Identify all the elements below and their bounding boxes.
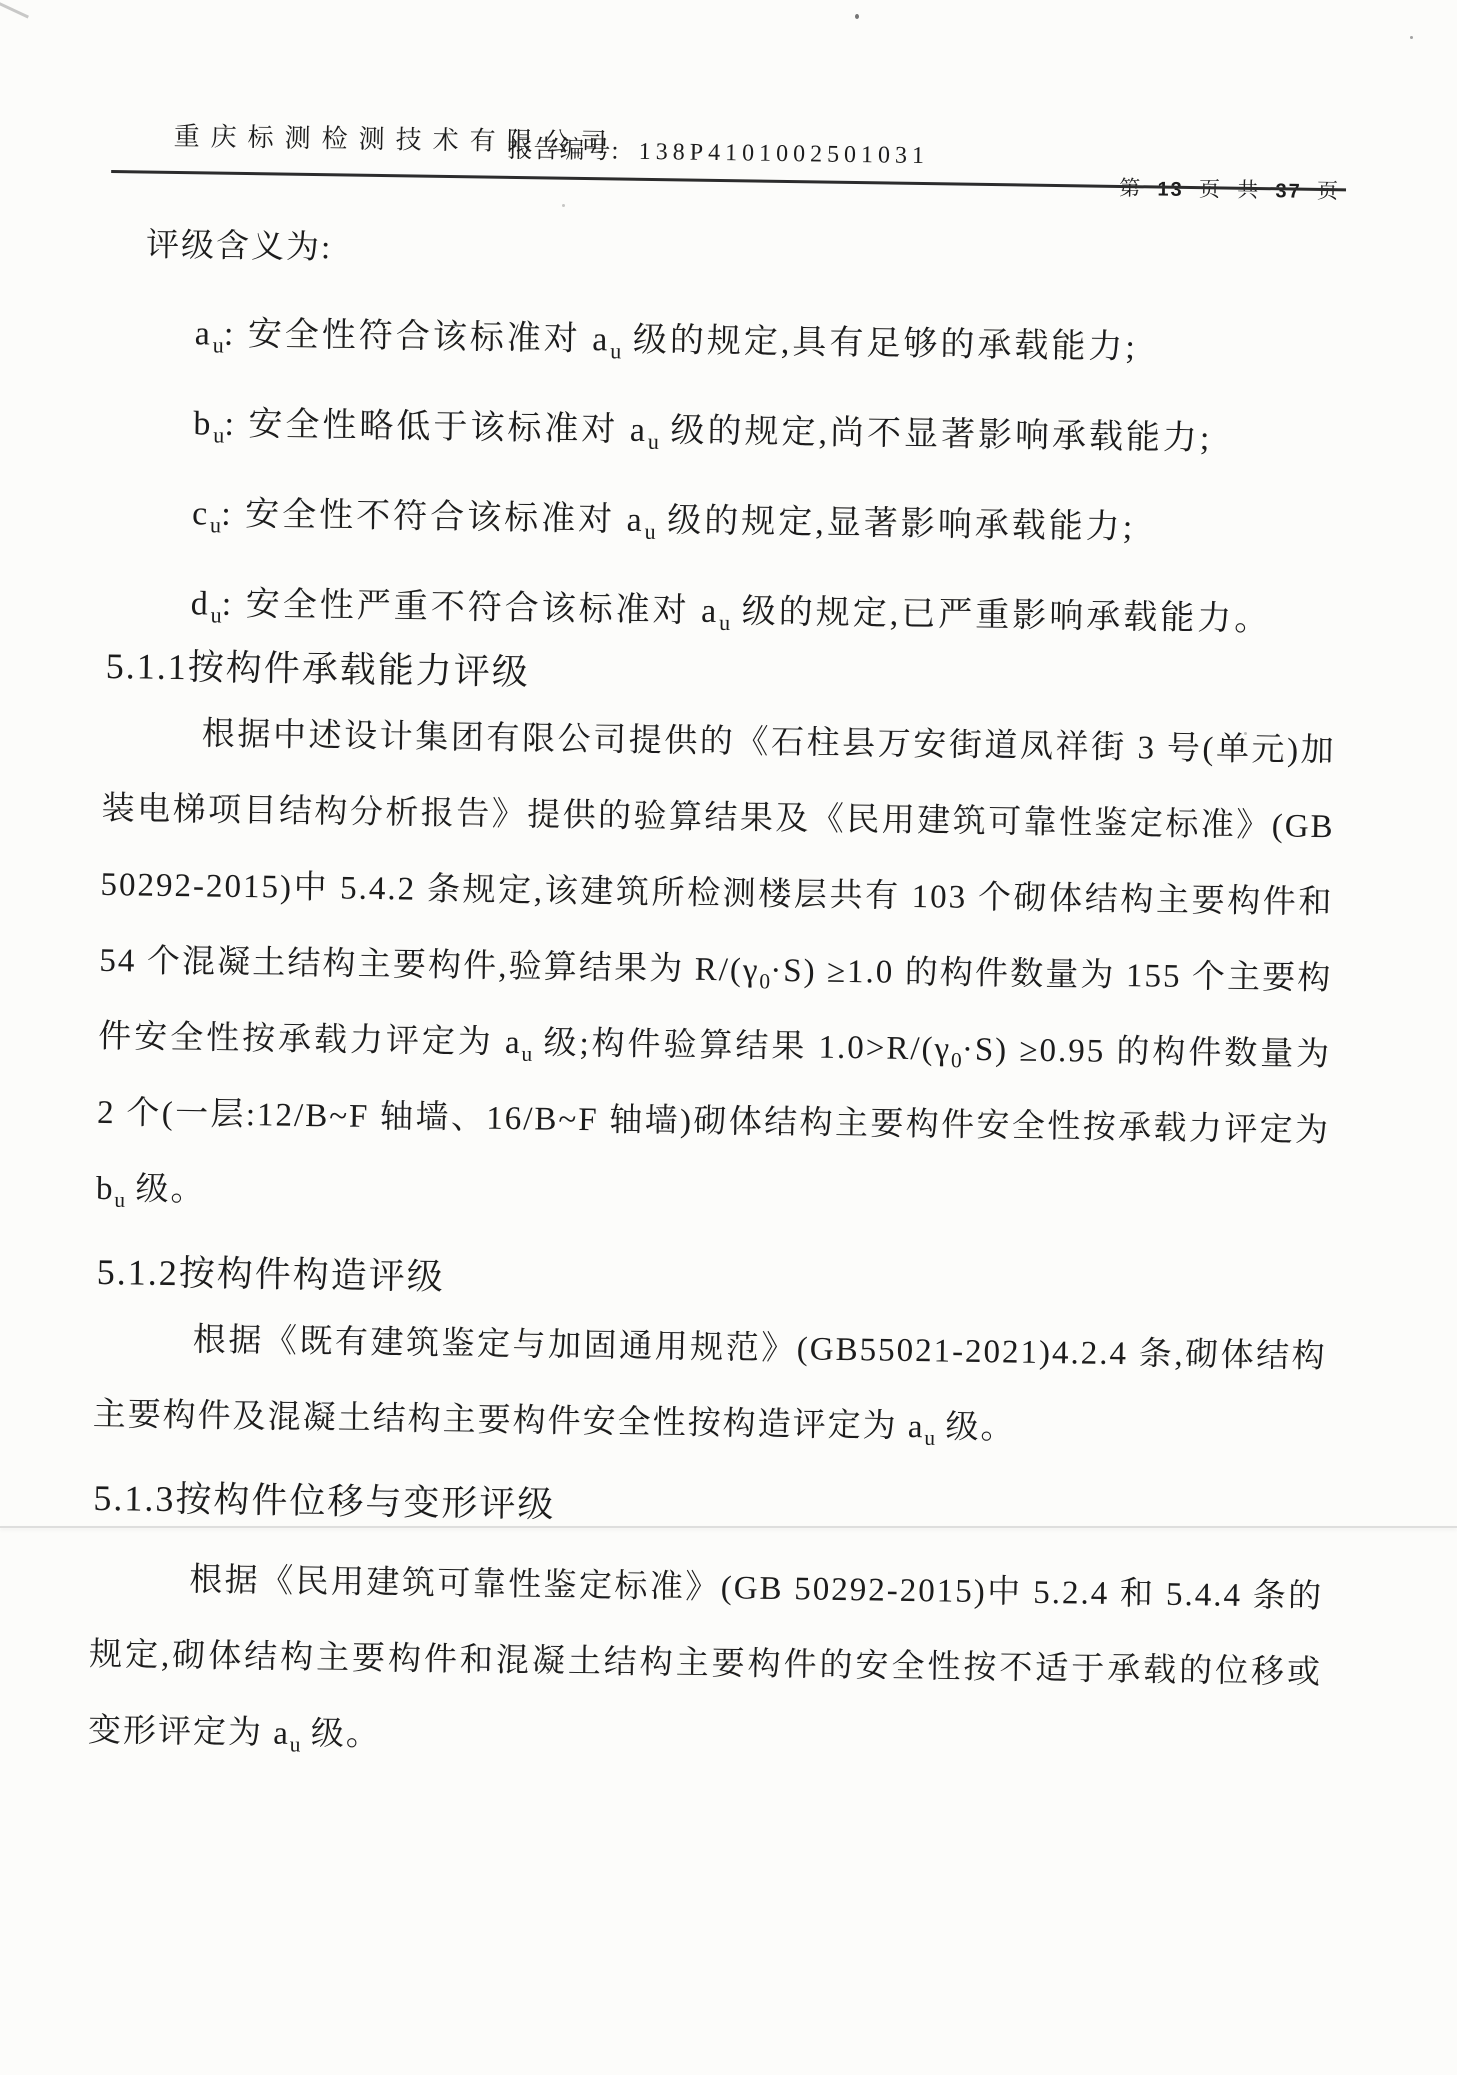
text-segment: : 安全性严重不符合该标准对 a — [222, 586, 720, 630]
text-segment: 级的规定,显著影响承载能力; — [656, 502, 1136, 546]
text-segment: : 安全性不符合该标准对 a — [221, 496, 645, 539]
rating-line-bu: bu: 安全性略低于该标准对 au 级的规定,尚不显著影响承载能力; — [193, 404, 1340, 461]
subscript-text: u — [644, 519, 655, 544]
subscript-text: u — [210, 602, 221, 627]
text-segment: 根据中述设计集团有限公司提供的《石柱县万安街道凤祥街 3 号(单元)加装电梯项目… — [99, 716, 1336, 988]
subscript-text: u — [210, 512, 221, 537]
text-segment: 根据《既有建筑鉴定与加固通用规范》(GB55021-2021)4.2.4 条,砌… — [92, 1322, 1327, 1445]
report-number-value: 138P4101002501031 — [639, 139, 930, 169]
scan-speck — [1410, 36, 1413, 39]
intro-line: 评级含义为: — [146, 226, 1343, 284]
text-segment: a — [194, 315, 213, 352]
subscript-text: u — [648, 429, 659, 454]
text-segment: : 安全性符合该标准对 a — [224, 316, 611, 359]
scanned-report-page: 重庆标测检测技术有限公司 报告编号: 138P4101002501031 第 1… — [0, 0, 1457, 2075]
subscript-text: u — [719, 610, 730, 635]
text-segment: c — [192, 495, 211, 532]
text-segment: 级。 — [125, 1171, 206, 1208]
subscript-text: u — [610, 338, 621, 363]
section-paragraph-5-1-1: 根据中述设计集团有限公司提供的《石柱县万安街道凤祥街 3 号(单元)加装电梯项目… — [96, 695, 1337, 1245]
section-paragraph-5-1-2: 根据《既有建筑鉴定与加固通用规范》(GB55021-2021)4.2.4 条,砌… — [92, 1301, 1327, 1471]
section-heading-5-1-3: 5.1.3按构件位移与变形评级 — [93, 1477, 1324, 1537]
page-header: 重庆标测检测技术有限公司 报告编号: 138P4101002501031 第 1… — [111, 115, 1345, 191]
text-segment: : 安全性略低于该标准对 a — [224, 406, 648, 449]
text-segment: 根据《民用建筑可靠性鉴定标准》(GB 50292-2015)中 5.2.4 和 … — [88, 1562, 1324, 1752]
rating-definitions: au: 安全性符合该标准对 au 级的规定,具有足够的承载能力; bu: 安全性… — [190, 314, 1341, 641]
section-heading-5-1-1: 5.1.1按构件承载能力评级 — [106, 645, 1337, 705]
subscript-text: 0 — [759, 969, 770, 993]
rating-line-cu: cu: 安全性不符合该标准对 au 级的规定,显著影响承载能力; — [192, 494, 1339, 551]
section-paragraph-5-1-3: 根据《民用建筑可靠性鉴定标准》(GB 50292-2015)中 5.2.4 和 … — [87, 1541, 1323, 1787]
subscript-text: u — [924, 1426, 935, 1450]
text-segment: 级的规定,已严重影响承载能力。 — [730, 593, 1271, 638]
report-body: 评级含义为: au: 安全性符合该标准对 au 级的规定,具有足够的承载能力; … — [87, 225, 1343, 1787]
section-heading-5-1-2: 5.1.2按构件构造评级 — [97, 1251, 1328, 1311]
text-segment: 级。 — [935, 1409, 1016, 1446]
scan-corner-mark — [0, 1, 29, 19]
text-segment: 级的规定,尚不显著影响承载能力; — [659, 412, 1213, 457]
text-segment: b — [193, 405, 214, 442]
page-total-number: 37 — [1275, 180, 1302, 202]
subscript-text: 0 — [951, 1048, 962, 1072]
rating-line-au: au: 安全性符合该标准对 au 级的规定,具有足够的承载能力; — [194, 314, 1341, 371]
text-segment: d — [190, 585, 211, 622]
subscript-text: u — [213, 332, 224, 357]
text-segment: 级;构件验算结果 1.0>R/(γ — [532, 1025, 951, 1067]
page-current-number: 13 — [1157, 179, 1184, 201]
subscript-text: u — [114, 1188, 125, 1212]
page-content: 重庆标测检测技术有限公司 报告编号: 138P4101002501031 第 1… — [87, 115, 1344, 1787]
subscript-text: u — [213, 422, 224, 447]
subscript-text: u — [290, 1732, 301, 1756]
report-number-label: 报告编号: — [507, 136, 619, 165]
scan-speck — [855, 14, 859, 19]
text-segment: 级。 — [300, 1716, 381, 1753]
rating-line-du: du: 安全性严重不符合该标准对 au 级的规定,已严重影响承载能力。 — [190, 584, 1337, 641]
text-segment: 级的规定,具有足够的承载能力; — [621, 322, 1138, 367]
subscript-text: u — [521, 1042, 532, 1066]
report-number: 报告编号: 138P4101002501031 — [507, 129, 929, 171]
